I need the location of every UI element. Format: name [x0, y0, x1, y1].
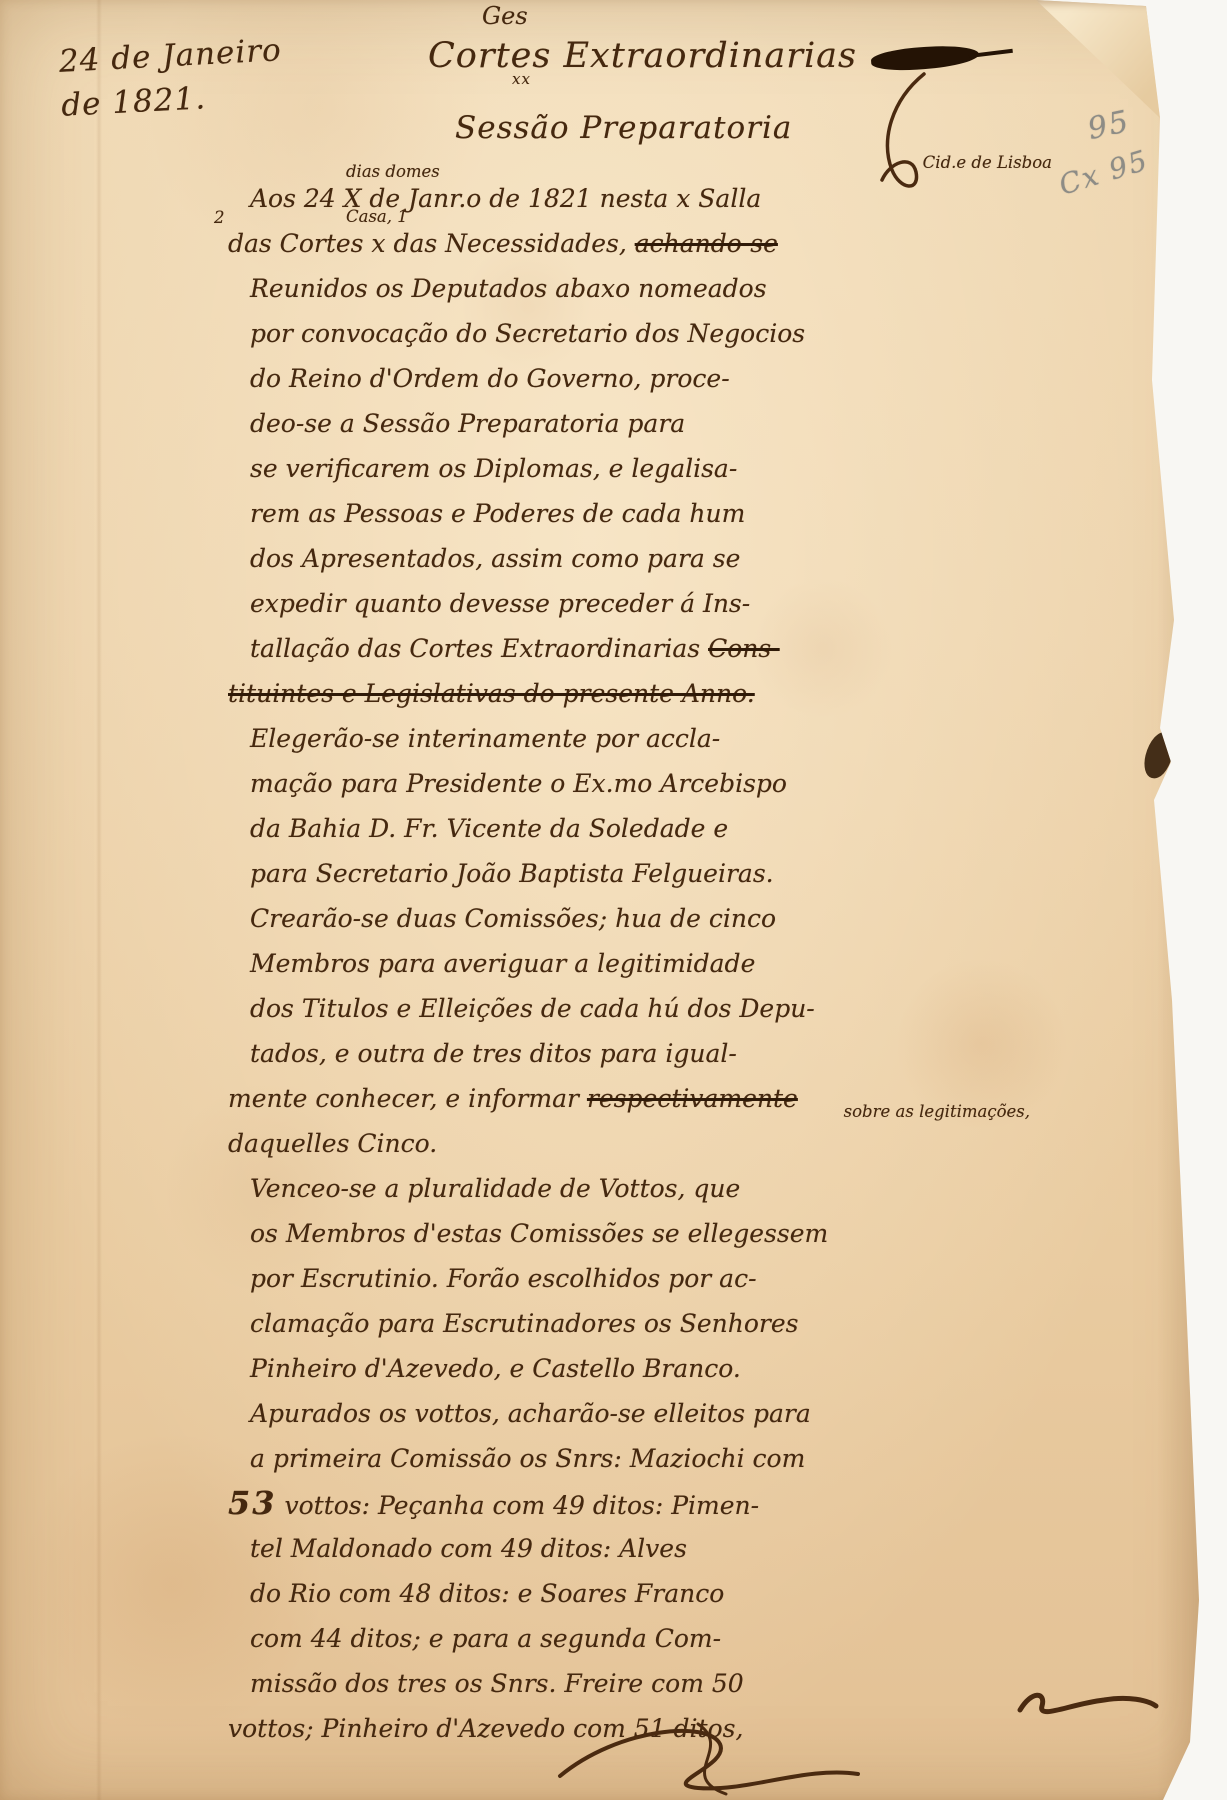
manuscript-line: 53 vottos: Peçanha com 49 ditos: Pimen-	[228, 1481, 988, 1526]
manuscript-line: do Rio com 48 ditos: e Soares Franco	[228, 1571, 988, 1616]
interlinear-note: Casa, 1	[346, 208, 408, 226]
manuscript-line: daquelles Cinco.	[228, 1121, 988, 1166]
body-lines: Aos 24 X de Janr.o de 1821 nesta x Salla…	[228, 176, 988, 1751]
manuscript-line: rem as Pessoas e Poderes de cada hum	[228, 491, 988, 536]
manuscript-line: Crearão-se duas Comissões; hua de cinco	[228, 896, 988, 941]
manuscript-line: Elegerão-se interinamente por accla-	[228, 716, 988, 761]
pen-flourish-bottom-right	[1012, 1676, 1162, 1740]
insertion-mark: xx	[512, 70, 531, 88]
header-flourish-mark: Ges	[482, 2, 528, 30]
manuscript-line: Apurados os vottos, acharão-se elleitos …	[228, 1391, 988, 1436]
manuscript-line: das Cortes x das Necessidades, achando-s…	[228, 221, 988, 266]
interlinear-note: dias domes	[346, 163, 440, 181]
manuscript-line: Aos 24 X de Janr.o de 1821 nesta x Salla…	[228, 176, 988, 221]
manuscript-line: Venceo-se a pluralidade de Vottos, que	[228, 1166, 988, 1211]
manuscript-line: por convocação do Secretario dos Negocio…	[228, 311, 988, 356]
manuscript-line: para Secretario João Baptista Felgueiras…	[228, 851, 988, 896]
manuscript-line: deo-se a Sessão Preparatoria para	[228, 401, 988, 446]
manuscript-line: do Reino d'Ordem do Governo, proce-	[228, 356, 988, 401]
interlinear-note: 2	[214, 209, 225, 227]
manuscript-line: tallação das Cortes Extraordinarias Cons…	[228, 626, 988, 671]
manuscript-line: Reunidos os Deputados abaxo nomeados	[228, 266, 988, 311]
manuscript-line: clamação para Escrutinadores os Senhores	[228, 1301, 988, 1346]
manuscript-line: por Escrutinio. Forão escolhidos por ac-	[228, 1256, 988, 1301]
manuscript-line: a primeira Comissão os Snrs: Maziochi co…	[228, 1436, 988, 1481]
manuscript-line: dos Apresentados, assim como para se	[228, 536, 988, 581]
manuscript-line: mente conhecer, e informar respectivamen…	[228, 1076, 988, 1121]
manuscript-line: Pinheiro d'Azevedo, e Castello Branco.	[228, 1346, 988, 1391]
manuscript-line: tel Maldonado com 49 ditos: Alves	[228, 1526, 988, 1571]
manuscript-line: missão dos tres os Snrs. Freire com 50	[228, 1661, 988, 1706]
interlinear-note: Cid.e de Lisboa	[923, 154, 1052, 172]
manuscript-line: expedir quanto devesse preceder á Ins-	[228, 581, 988, 626]
page-subtitle: Sessão Preparatoria	[455, 110, 792, 146]
manuscript-line: da Bahia D. Fr. Vicente da Soledade e	[228, 806, 988, 851]
scribbled-out-word	[870, 43, 979, 72]
pencil-annotation-95: 95	[1085, 104, 1134, 147]
manuscript-line: tados, e outra de tres ditos para igual-	[228, 1031, 988, 1076]
paper-crease	[96, 0, 102, 1800]
pen-flourish-bottom	[548, 1718, 878, 1800]
margin-date: 24 de Janeiro de 1821.	[58, 28, 285, 128]
manuscript-line: mação para Presidente o Ex.mo Arcebispo	[228, 761, 988, 806]
scan-background: 24 de Janeiro de 1821. Ges Cortes Extrao…	[0, 0, 1227, 1800]
manuscript-line: dos Titulos e Elleições de cada hú dos D…	[228, 986, 988, 1031]
manuscript-line: se verificarem os Diplomas, e legalisa-	[228, 446, 988, 491]
manuscript-line: Membros para averiguar a legitimidade	[228, 941, 988, 986]
pencil-annotation-cx95: Cx 95	[1055, 143, 1152, 201]
ink-blot-edge	[1141, 729, 1178, 782]
manuscript-page: 24 de Janeiro de 1821. Ges Cortes Extrao…	[0, 0, 1227, 1800]
manuscript-line: com 44 ditos; e para a segunda Com-	[228, 1616, 988, 1661]
page-title: Cortes Extraordinarias	[428, 36, 857, 76]
interlinear-note: sobre as legitimações,	[844, 1103, 1030, 1121]
manuscript-line: os Membros d'estas Comissões se ellegess…	[228, 1211, 988, 1256]
manuscript-line: tituintes e Legislativas do presente Ann…	[228, 671, 988, 716]
